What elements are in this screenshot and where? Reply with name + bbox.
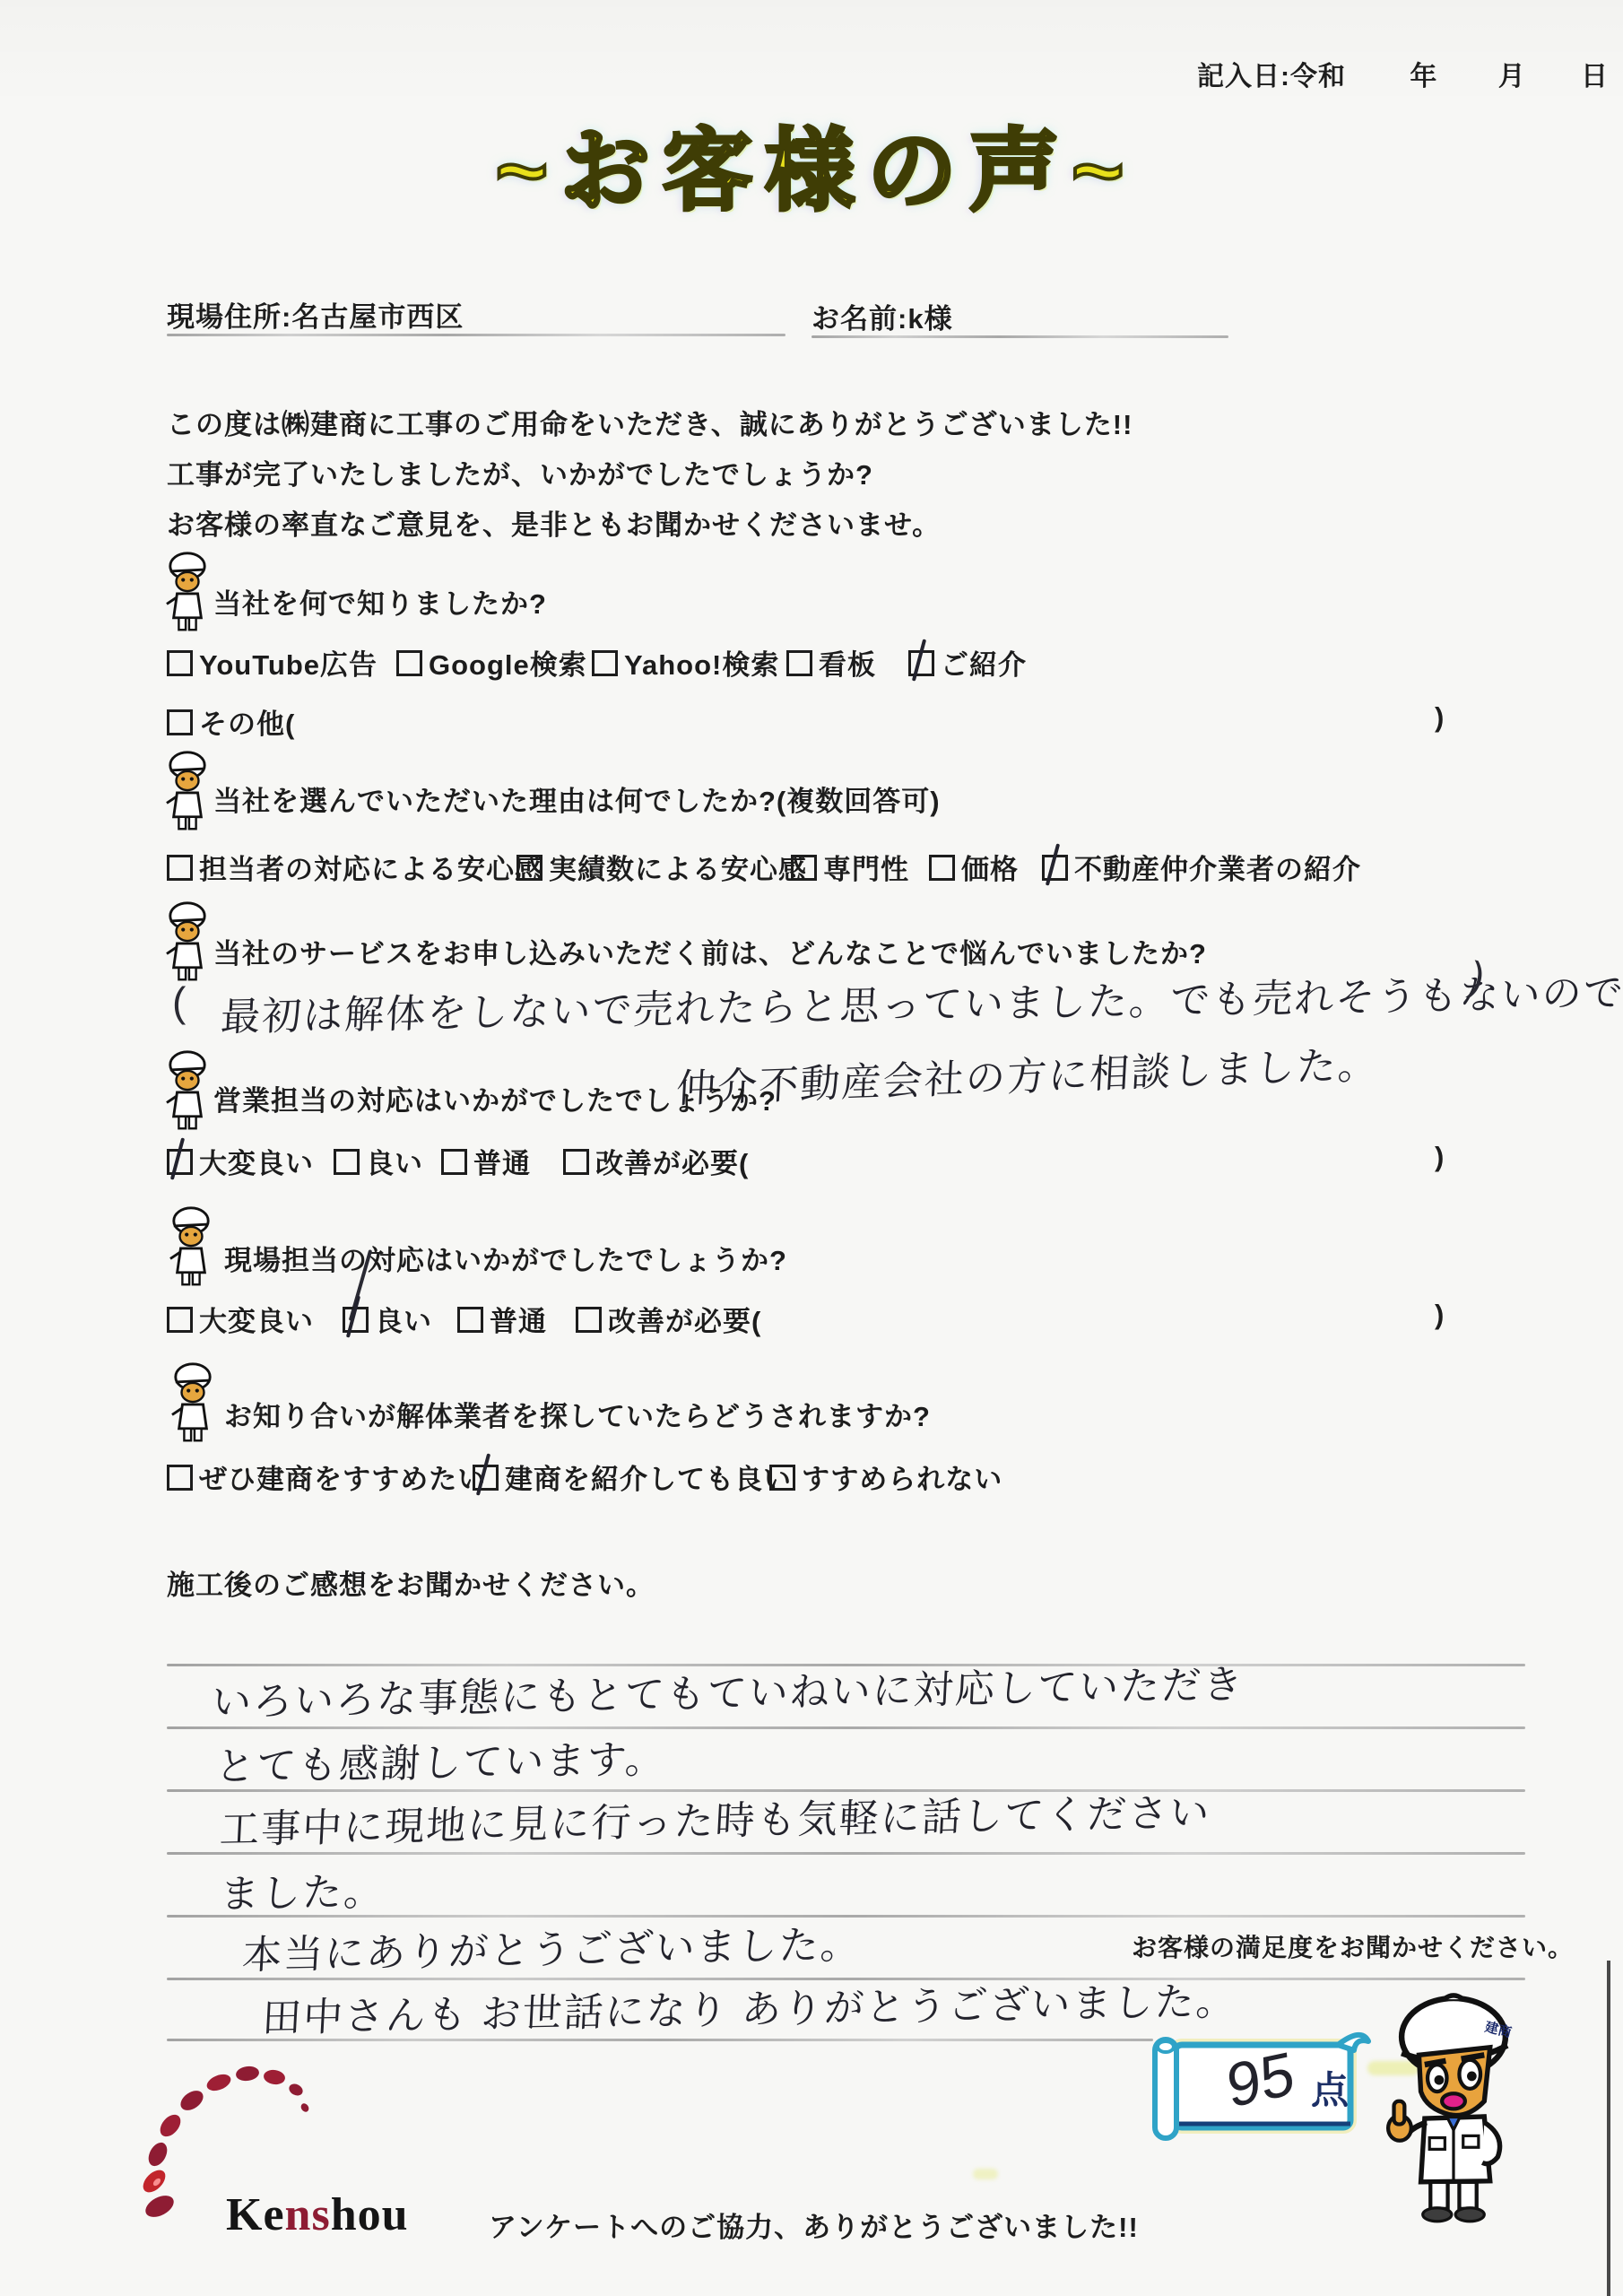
- option-label: 普通: [473, 1148, 531, 1179]
- checkbox: [791, 855, 817, 881]
- question-6-text: お知り合いが解体業者を探していたらどうされますか?: [224, 1394, 931, 1434]
- site-address-value: 名古屋市西区: [291, 301, 464, 333]
- option-label: ご紹介: [941, 649, 1027, 681]
- question-3-text: 当社のサービスをお申し込みいただく前は、どんなことで悩んでいましたか?: [213, 931, 1207, 971]
- option-label: 実績数による安心感: [549, 854, 807, 885]
- footer-thanks: アンケートへのご協力、ありがとうございました!!: [489, 2205, 1139, 2245]
- checkbox: [563, 1149, 589, 1175]
- option-track-record: 実績数による安心感: [516, 847, 807, 887]
- checkbox: [473, 1465, 499, 1491]
- option-agent-referral: 不動産仲介業者の紹介: [1042, 847, 1361, 887]
- option-needs-improvement: 改善が必要(: [563, 1141, 749, 1181]
- question-1-text: 当社を何で知りましたか?: [213, 581, 547, 622]
- feedback-heading: 施工後のご感想をお聞かせください。: [167, 1562, 655, 1603]
- option-label: すすめられない: [802, 1464, 1002, 1495]
- checkbox: [786, 650, 812, 676]
- option-price: 価格: [929, 847, 1019, 887]
- worker-mini-icon: [160, 1048, 215, 1134]
- needs-improvement-close-paren: ): [1435, 1299, 1445, 1331]
- site-address-label: 現場住所:: [167, 301, 291, 333]
- option-label: Google検索: [429, 649, 587, 681]
- satisfaction-prompt: お客様の満足度をお聞かせください。: [1132, 1928, 1574, 1964]
- checkbox: [769, 1465, 795, 1491]
- option-label: 改善が必要(: [595, 1148, 749, 1179]
- date-label: 記入日:令和: [1197, 62, 1346, 91]
- customer-name-value: k様: [907, 303, 952, 335]
- option-label: 価格: [961, 854, 1019, 885]
- option-expertise: 専門性: [791, 847, 909, 887]
- worker-mini-icon: [160, 899, 215, 985]
- handwritten-score: 95: [1224, 2038, 1298, 2122]
- option-label: 大変良い: [199, 1306, 314, 1337]
- option-good: 良い: [334, 1141, 423, 1181]
- date-month-unit: 月: [1498, 62, 1526, 91]
- option-could-introduce: 建商を紹介しても良い: [473, 1457, 792, 1497]
- checkbox: [167, 650, 193, 676]
- option-yahoo-search: Yahoo!検索: [592, 642, 779, 683]
- option-label: 良い: [375, 1306, 432, 1337]
- option-label: 看板: [819, 649, 876, 681]
- intro-line-3: お客様の率直なご意見を、是非ともお聞かせくださいませ。: [167, 502, 941, 543]
- option-definitely-recommend: ぜひ建商をすすめたい: [167, 1457, 486, 1497]
- worker-mini-icon: [163, 1204, 219, 1290]
- option-label: 専門性: [823, 854, 909, 885]
- checkbox: [908, 650, 934, 676]
- option-staff-reassurance: 担当者の対応による安心感: [167, 847, 543, 887]
- option-referral: ご紹介: [908, 642, 1027, 683]
- answer-open-paren: (: [172, 978, 186, 1026]
- needs-improvement-close-paren: ): [1435, 1141, 1445, 1173]
- ruled-line: [167, 1726, 1525, 1729]
- checkbox: [343, 1307, 369, 1333]
- checkbox: [592, 650, 618, 676]
- option-label: 不動産仲介業者の紹介: [1074, 854, 1361, 885]
- option-needs-improvement: 改善が必要(: [576, 1299, 761, 1339]
- customer-name-line: お名前:k様: [811, 296, 953, 336]
- logo-text-segment: hou: [331, 2189, 409, 2240]
- checkbox: [396, 650, 422, 676]
- worker-mini-icon: [160, 549, 215, 635]
- option-label: 改善が必要(: [608, 1306, 761, 1337]
- other-close-paren: ): [1435, 701, 1445, 734]
- option-signboard: 看板: [786, 642, 876, 683]
- q3-handwritten-answer-line2: 仲介不動産会社の方に相談しました。: [675, 1032, 1381, 1114]
- customer-name-label: お名前:: [811, 303, 907, 335]
- option-label: 良い: [366, 1148, 423, 1179]
- logo-text-segment: Ke: [226, 2189, 285, 2240]
- checkbox: [576, 1307, 602, 1333]
- checkbox: [441, 1149, 467, 1175]
- entry-date-line: 記入日:令和 年 月 日: [1197, 54, 1609, 93]
- checkbox: [1042, 855, 1068, 881]
- date-year-unit: 年: [1410, 62, 1437, 91]
- checkbox: [167, 855, 193, 881]
- option-good: 良い: [343, 1299, 432, 1339]
- checkbox: [167, 709, 193, 735]
- feedback-handwritten-line-4: ました。: [219, 1859, 387, 1919]
- question-5-text: 現場担当の対応はいかがでしたでしょうか?: [224, 1238, 787, 1278]
- checkbox: [516, 855, 542, 881]
- page-title: ~お客様の声~: [395, 99, 1237, 228]
- site-address-line: 現場住所:名古屋市西区: [167, 294, 464, 335]
- worker-mini-icon: [165, 1360, 221, 1446]
- checkbox: [457, 1307, 483, 1333]
- option-label: Yahoo!検索: [624, 649, 779, 681]
- checkbox: [167, 1149, 193, 1175]
- question-2-text: 当社を選んでいただいた理由は何でしたか?(複数回答可): [213, 778, 941, 819]
- scanned-survey-page: 記入日:令和 年 月 日 ~お客様の声~ 現場住所:名古屋市西区 お名前:k様 …: [0, 0, 1623, 2296]
- option-label: 建商を紹介しても良い: [505, 1464, 792, 1495]
- feedback-handwritten-line-5: 本当にありがとうございました。: [241, 1912, 864, 1980]
- option-label: YouTube広告: [199, 649, 378, 681]
- question-4-text: 営業担当の対応はいかがでしたでしょうか?: [213, 1078, 777, 1118]
- customer-name-underline: [811, 335, 1228, 338]
- option-very-good: 大変良い: [167, 1141, 314, 1181]
- option-average: 普通: [457, 1299, 547, 1339]
- mascot-illustration: [1376, 1984, 1531, 2224]
- checkbox: [167, 1307, 193, 1333]
- site-address-underline: [167, 334, 785, 336]
- ruled-line: [167, 1852, 1525, 1855]
- checkbox: [929, 855, 955, 881]
- option-label: ぜひ建商をすすめたい: [199, 1464, 486, 1495]
- q3-handwritten-answer-line1: 最初は解体をしないで売れたらと思っていました。でも売れそうもないので、: [220, 960, 1623, 1042]
- option-youtube-ad: YouTube広告: [167, 642, 378, 683]
- option-label: その他(: [199, 709, 295, 740]
- date-day-unit: 日: [1581, 62, 1609, 91]
- intro-line-1: この度は㈱建商に工事のご用命をいただき、誠にありがとうございました!!: [167, 402, 1133, 442]
- option-label: 普通: [490, 1306, 547, 1337]
- score-unit: 点: [1311, 2061, 1349, 2115]
- checkbox: [167, 1465, 193, 1491]
- option-label: 大変良い: [199, 1148, 314, 1179]
- option-cannot-recommend: すすめられない: [769, 1457, 1002, 1497]
- feedback-handwritten-line-2: とても感謝しています。: [214, 1726, 668, 1792]
- worker-mini-icon: [160, 748, 215, 834]
- logo-text-segment: ns: [285, 2189, 331, 2240]
- scan-edge-artifact: [1607, 1961, 1610, 2296]
- scan-smudge: [973, 2169, 998, 2179]
- option-other: その他(: [167, 701, 295, 742]
- intro-line-2: 工事が完了いたしましたが、いかがでしたでしょうか?: [167, 452, 873, 492]
- option-average: 普通: [441, 1141, 531, 1181]
- checkbox: [334, 1149, 360, 1175]
- kenshou-logo-text: Kenshou: [226, 2188, 409, 2241]
- option-google-search: Google検索: [396, 642, 587, 683]
- option-label: 担当者の対応による安心感: [199, 854, 543, 885]
- option-very-good: 大変良い: [167, 1299, 314, 1339]
